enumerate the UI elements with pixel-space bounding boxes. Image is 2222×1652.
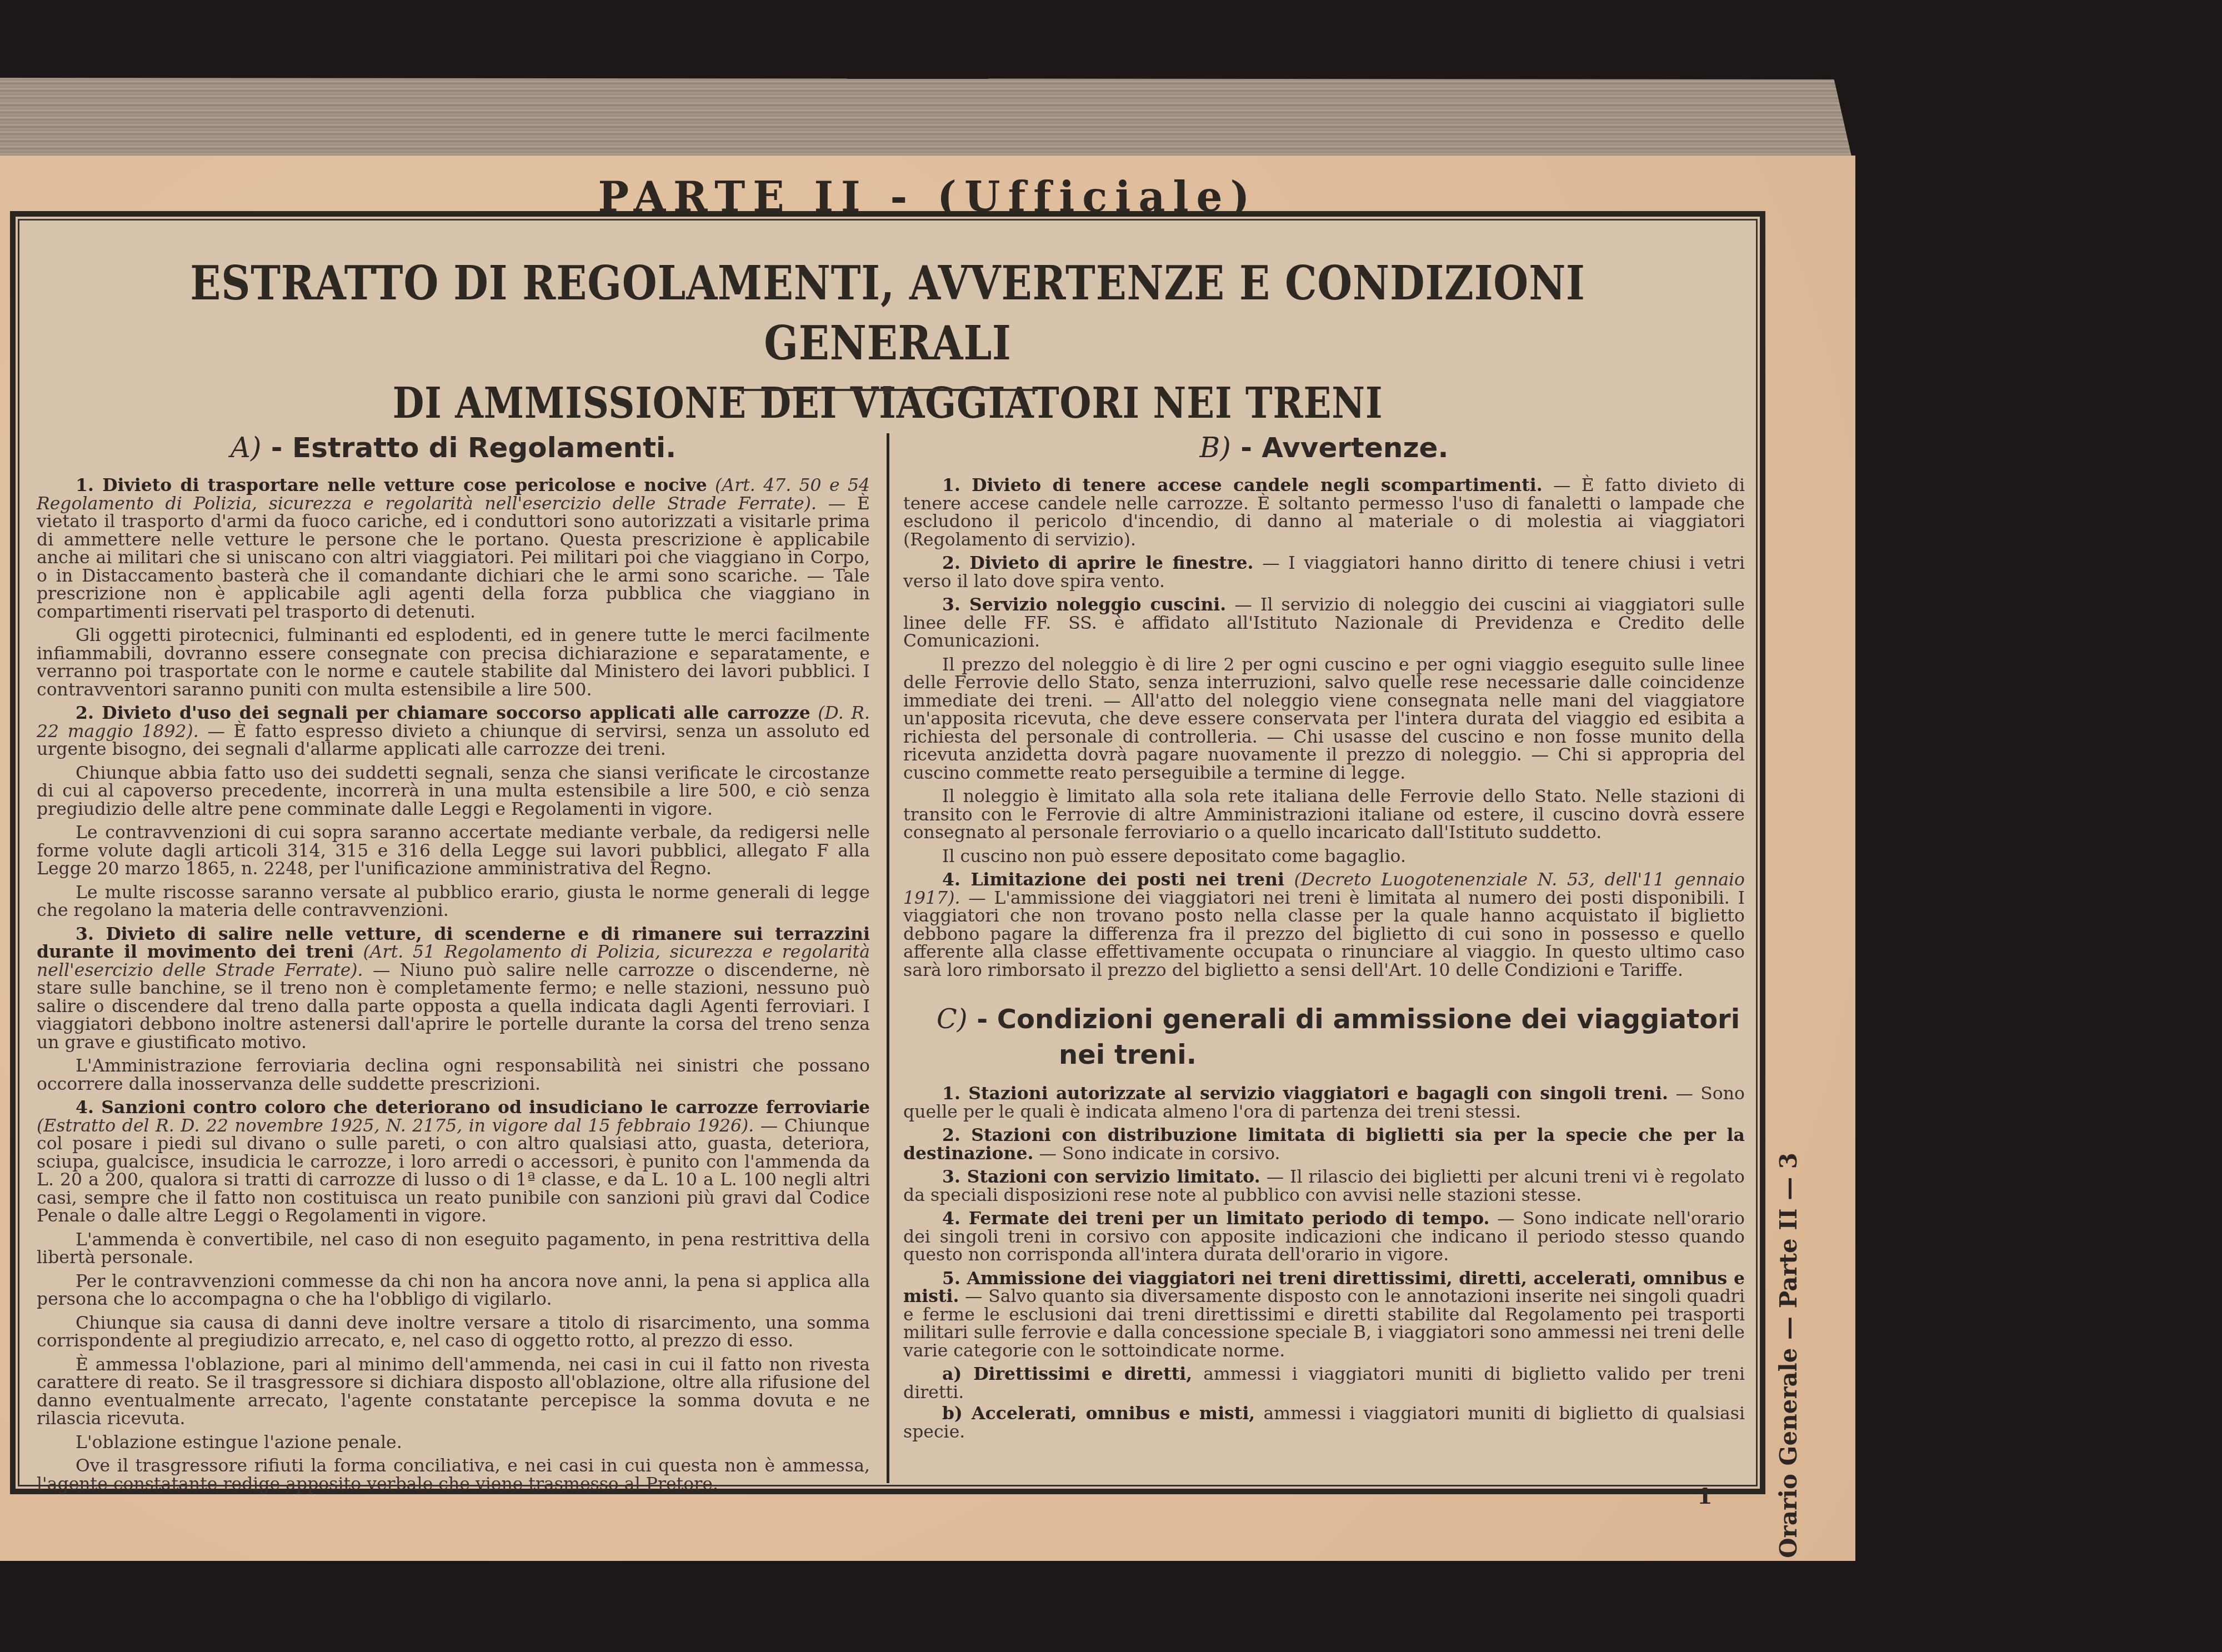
article-paragraph: Chiunque sia causa di danni deve inoltre… [37,1314,870,1350]
page-number: 1 [1697,1483,1713,1509]
article-heading: 3. Stazioni con servizio limitato. [942,1167,1260,1187]
article-item: 1. Divieto di tenere accese candele negl… [903,477,1745,549]
section-c-items: 1. Stazioni autorizzate al servizio viag… [903,1085,1745,1360]
article-body: — L'ammissione dei viaggiatori nei treni… [903,888,1745,980]
article-paragraph: Le multe riscosse saranno versate al pub… [37,884,870,920]
article-item: 1. Stazioni autorizzate al servizio viag… [903,1085,1745,1121]
article-item: 3. Servizio noleggio cuscini. — Il servi… [903,596,1745,650]
content-frame: ESTRATTO DI REGOLAMENTI, AVVERTENZE E CO… [10,211,1765,1494]
article-item: 2. Divieto di aprire le finestre. — I vi… [903,554,1745,590]
article-item: 1. Divieto di trasportare nelle vetture … [37,477,870,621]
article-item: 5. Ammissione dei viaggiatori nei treni … [903,1270,1745,1360]
article-paragraph: Ove il trasgressore rifiuti la forma con… [37,1457,870,1493]
article-item: 4. Sanzioni contro coloro che deterioran… [37,1099,870,1225]
sub-item-heading: a) Direttissimi e diretti, [942,1364,1192,1384]
title-line-1: ESTRATTO DI REGOLAMENTI, AVVERTENZE E CO… [190,256,1585,371]
sub-item-heading: b) Accelerati, omnibus e misti, [942,1403,1255,1424]
article-heading: 2. Divieto di aprire le finestre. [942,553,1254,573]
section-a-title: A) - Estratto di Regolamenti. [37,431,870,464]
article-paragraph: Gli oggetti pirotecnici, fulminanti ed e… [37,627,870,699]
book-page-edges [0,78,1853,161]
left-column: A) - Estratto di Regolamenti. 1. Divieto… [37,428,870,1499]
ornament-divider [738,389,1038,391]
article-heading: 4. Limitazione dei posti nei treni [942,869,1284,890]
article-item: 3. Divieto di salire nelle vetture, di s… [37,925,870,1052]
document-page: PARTE II - (Ufficiale) ESTRATTO DI REGOL… [0,156,1855,1561]
article-paragraph: Le contravvenzioni di cui sopra saranno … [37,824,870,878]
right-column: B) - Avvertenze. 1. Divieto di tenere ac… [903,428,1745,1444]
section-a-items: 1. Divieto di trasportare nelle vetture … [37,477,870,1493]
article-paragraph: L'Amministrazione ferroviaria declina og… [37,1057,870,1093]
article-heading: 4. Fermate dei treni per un limitato per… [942,1208,1490,1229]
section-c-title: C) - Condizioni generali di ammissione d… [903,1002,1745,1073]
article-heading: 2. Divieto d'uso dei segnali per chiamar… [76,703,810,723]
article-paragraph: L'oblazione estingue l'azione penale. [37,1434,870,1452]
article-paragraph: Il cuscino non può essere depositato com… [903,848,1745,866]
article-paragraph: Chiunque abbia fatto uso dei suddetti se… [37,764,870,819]
article-heading: 4. Sanzioni contro coloro che deterioran… [76,1097,870,1118]
article-body: — Salvo quanto sia diversamente disposto… [903,1286,1745,1361]
article-body: — Sono indicate in corsivo. [1033,1144,1280,1164]
sub-item: b) Accelerati, omnibus e misti, ammessi … [903,1405,1745,1441]
page-title: ESTRATTO DI REGOLAMENTI, AVVERTENZE E CO… [138,253,1638,433]
article-item: 3. Stazioni con servizio limitato. — Il … [903,1168,1745,1204]
article-paragraph: Il noleggio è limitato alla sola rete it… [903,788,1745,842]
section-b-title: B) - Avvertenze. [903,431,1745,464]
column-divider [887,433,889,1483]
article-paragraph: È ammessa l'oblazione, pari al minimo de… [37,1356,870,1428]
article-heading: 3. Servizio noleggio cuscini. [942,594,1226,615]
article-heading: 2. Stazioni con distribuzione limitata d… [903,1125,1745,1164]
article-reference: (Estratto del R. D. 22 novembre 1925, N.… [37,1116,754,1136]
article-heading: 1. Divieto di tenere accese candele negl… [942,475,1543,495]
article-heading: 1. Divieto di trasportare nelle vetture … [76,475,707,495]
running-side-label: Orario Generale — Parte II — 3 [1769,1078,1808,1633]
article-heading: 1. Stazioni autorizzate al servizio viag… [942,1083,1668,1104]
article-paragraph: Per le contravvenzioni commesse da chi n… [37,1273,870,1309]
article-paragraph: Il prezzo del noleggio è di lire 2 per o… [903,656,1745,783]
section-c-subitems: a) Direttissimi e diretti, ammessi i via… [903,1365,1745,1441]
article-item: 4. Limitazione dei posti nei treni (Decr… [903,871,1745,979]
article-body: — È vietato il trasporto d'armi da fuoco… [37,494,870,622]
article-item: 4. Fermate dei treni per un limitato per… [903,1210,1745,1264]
article-item: 2. Stazioni con distribuzione limitata d… [903,1127,1745,1163]
sub-item: a) Direttissimi e diretti, ammessi i via… [903,1365,1745,1401]
title-line-2: DI AMMISSIONE DEI VIAGGIATORI NEI TRENI [138,373,1638,433]
article-paragraph: L'ammenda è convertibile, nel caso di no… [37,1231,870,1267]
section-b-items: 1. Divieto di tenere accese candele negl… [903,477,1745,979]
article-item: 2. Divieto d'uso dei segnali per chiamar… [37,704,870,759]
